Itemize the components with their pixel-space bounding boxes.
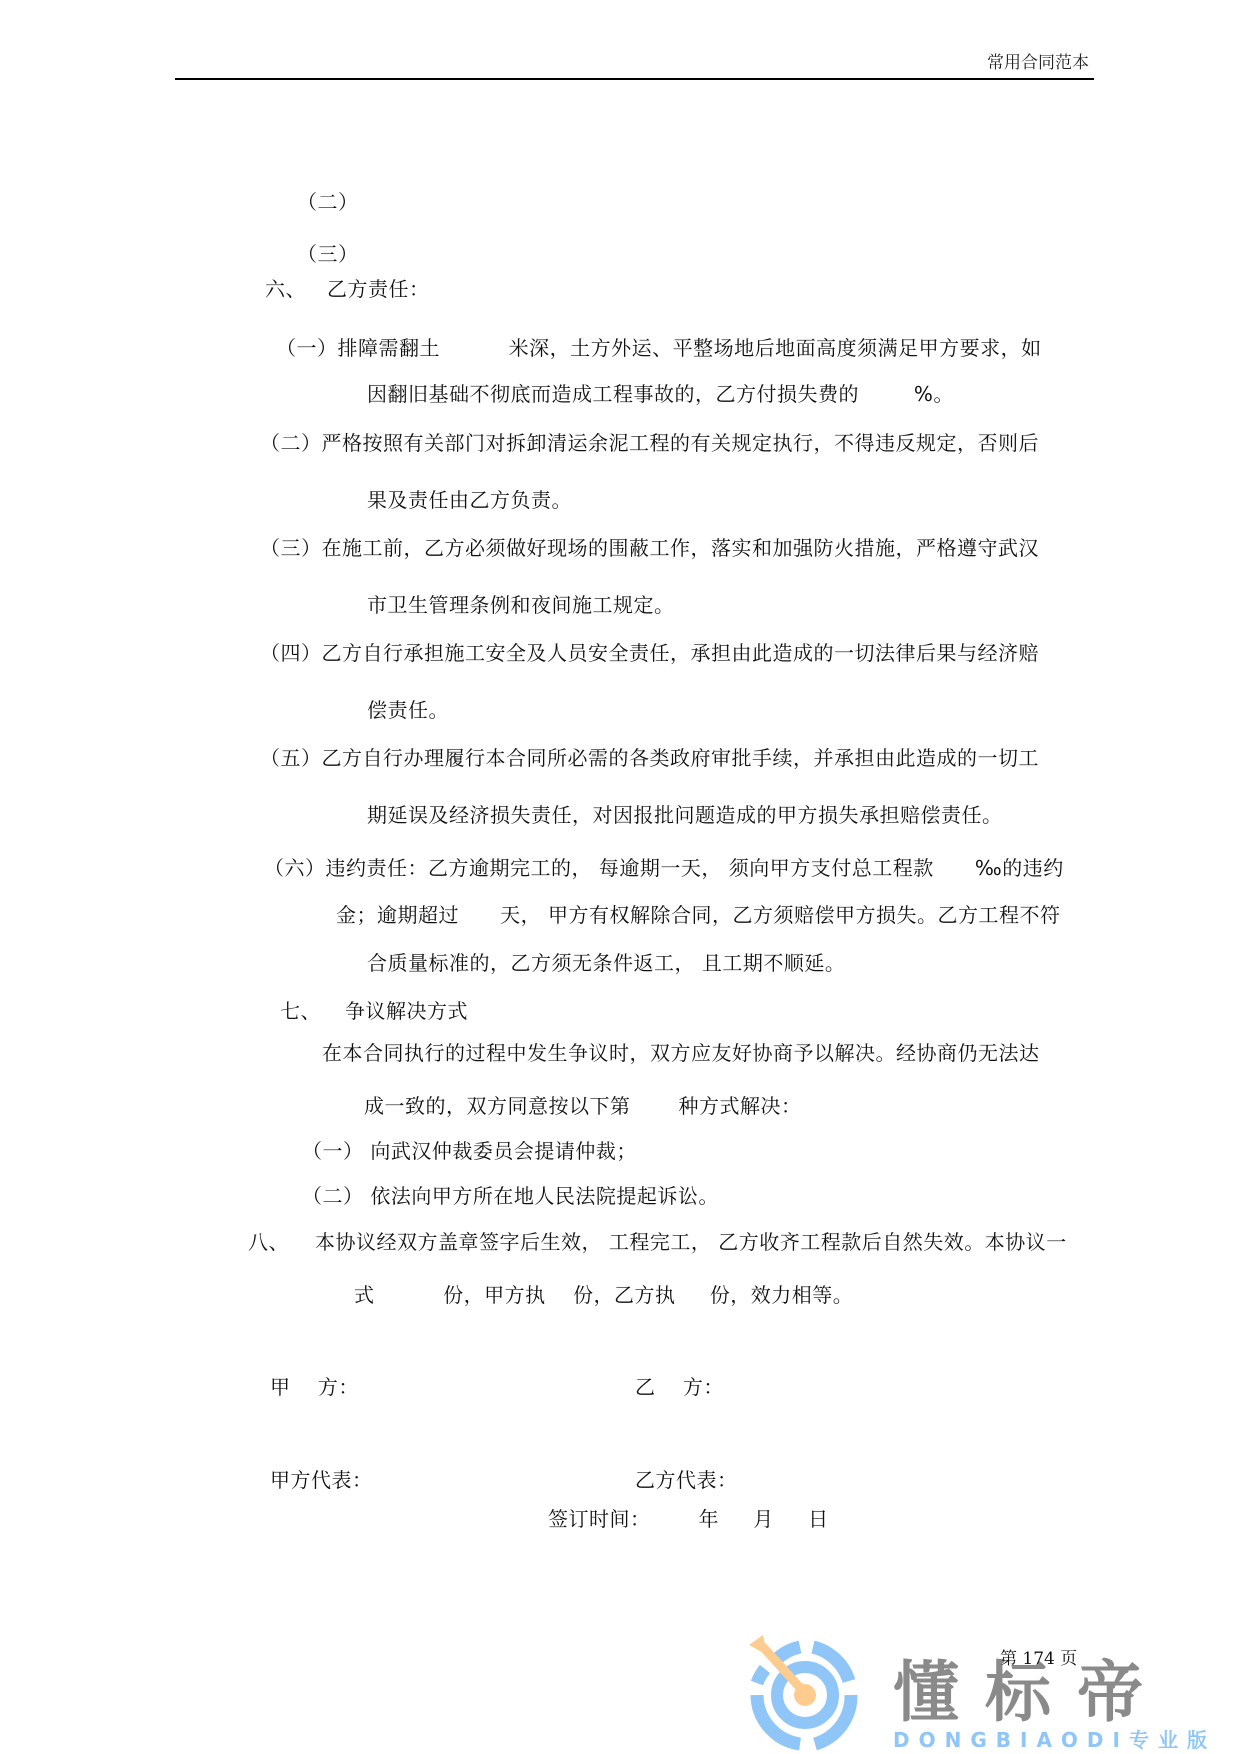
s6-item1-line2: 因翻旧基础不彻底而造成工程事故的，乙方付损失费的 %。 (367, 384, 954, 404)
s6-item3-line1: （三）在施工前，乙方必须做好现场的围蔽工作，落实和加强防火措施，严格遵守武汉 (260, 538, 1039, 558)
section7-para-line1: 在本合同执行的过程中发生争议时，双方应友好协商予以解决。经协商仍无法达 (322, 1043, 1040, 1063)
watermark-brand: 懂标帝 (893, 1660, 1169, 1726)
header-title: 常用合同范本 (987, 55, 1089, 72)
page-number: 第 174 页 (1000, 1651, 1077, 1668)
s6-item2-line1: （二）严格按照有关部门对拆卸清运余泥工程的有关规定执行，不得违反规定，否则后 (260, 433, 1039, 453)
section6-title: 乙方责任： (327, 279, 430, 299)
section7-title: 争议解决方式 (345, 1001, 468, 1021)
header-divider (175, 78, 1094, 80)
party-b-rep-label: 乙方代表： (635, 1470, 738, 1490)
section6-number: 六、 (265, 279, 306, 299)
section8-line1: 本协议经双方盖章签字后生效， 工程完工， 乙方收齐工程款后自然失效。本协议一 (315, 1232, 1067, 1252)
s6-item5-line2: 期延误及经济损失责任，对因报批问题造成的甲方损失承担赔偿责任。 (367, 805, 1003, 825)
party-b-label: 乙 方： (635, 1377, 724, 1397)
s6-item1-line1: （一）排障需翻土 米深，土方外运、平整场地后地面高度须满足甲方要求，如 (276, 338, 1042, 358)
s6-item2-line2: 果及责任由乙方负责。 (367, 490, 572, 510)
item-two: （二） (297, 192, 359, 212)
section7-option2: （二） 依法向甲方所在地人民法院提起诉讼。 (302, 1186, 719, 1206)
section7-number: 七、 (280, 1001, 321, 1021)
target-logo-icon (745, 1633, 865, 1754)
section8-line2: 式 份，甲方执 份，乙方执 份，效力相等。 (354, 1285, 853, 1305)
party-a-rep-label: 甲方代表： (270, 1470, 373, 1490)
s6-item5-line1: （五）乙方自行办理履行本合同所必需的各类政府审批手续，并承担由此造成的一切工 (260, 748, 1039, 768)
s6-item4-line2: 偿责任。 (367, 700, 449, 720)
s6-item6-line3: 合质量标准的，乙方须无条件返工， 且工期不顺延。 (367, 953, 845, 973)
s6-item6-line1: （六）违约责任：乙方逾期完工的， 每逾期一天， 须向甲方支付总工程款 ‰的违约 (264, 858, 1064, 878)
s6-item6-line2: 金；逾期超过 天， 甲方有权解除合同，乙方须赔偿甲方损失。乙方工程不符 (336, 905, 1061, 925)
s6-item3-line2: 市卫生管理条例和夜间施工规定。 (367, 595, 675, 615)
section7-para-line2: 成一致的，双方同意按以下第 种方式解决： (364, 1096, 802, 1116)
s6-item4-line1: （四）乙方自行承担施工安全及人员安全责任，承担由此造成的一切法律后果与经济赔 (260, 643, 1039, 663)
watermark-subtitle: DONGBIAODI专业版 (893, 1730, 1216, 1750)
party-a-label: 甲 方： (270, 1377, 359, 1397)
section8-number: 八、 (248, 1232, 289, 1252)
section7-option1: （一） 向武汉仲裁委员会提请仲裁； (302, 1141, 637, 1161)
item-three: （三） (297, 244, 359, 264)
sign-date: 签订时间： 年 月 日 (548, 1509, 829, 1529)
